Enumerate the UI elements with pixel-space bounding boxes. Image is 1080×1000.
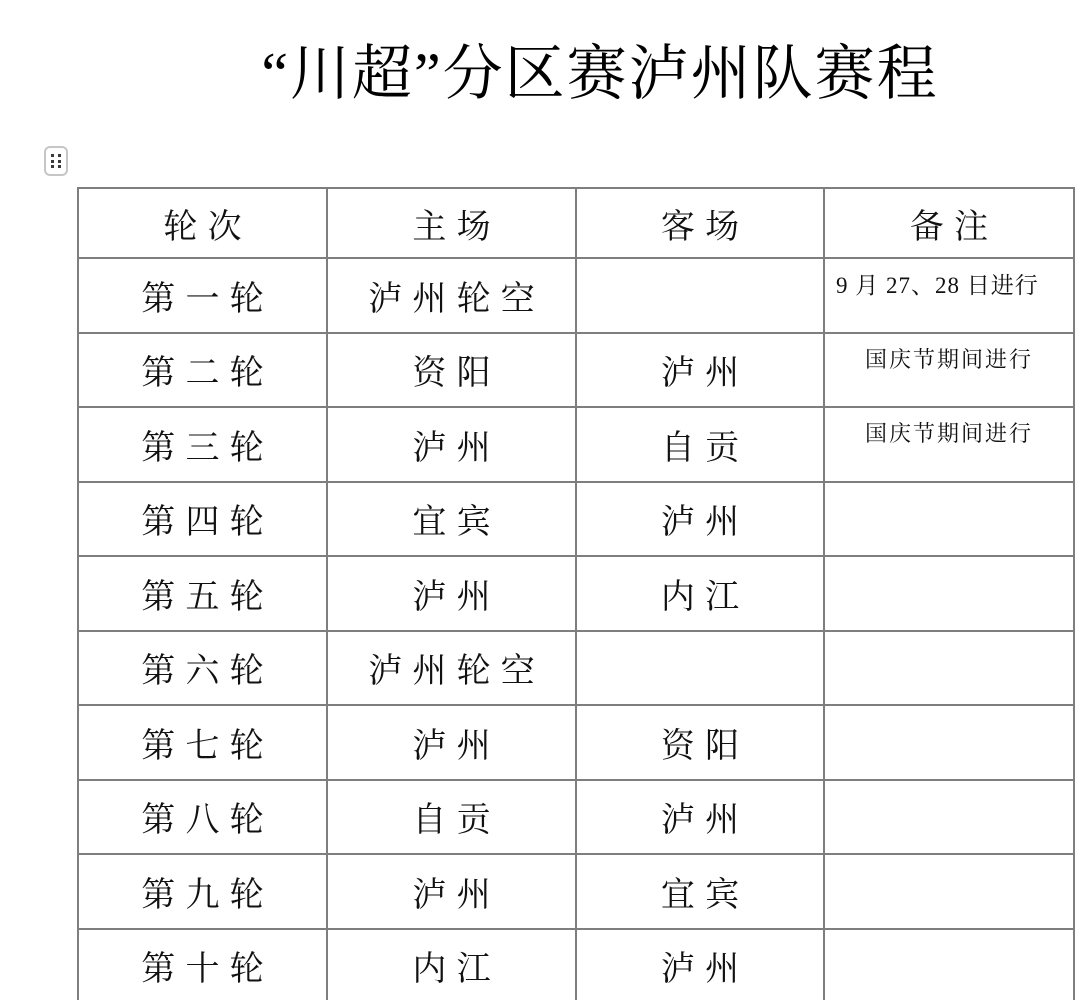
round-cell: 第九轮	[78, 854, 327, 929]
round-cell: 第五轮	[78, 556, 327, 631]
note-cell	[824, 929, 1074, 1000]
table-row: 第一轮 泸州轮空 9 月 27、28 日进行	[78, 258, 1074, 333]
column-header-note: 备注	[824, 188, 1074, 258]
away-cell	[576, 631, 824, 706]
note-cell	[824, 854, 1074, 929]
table-row: 第三轮 泸州 自贡 国庆节期间进行	[78, 407, 1074, 482]
round-cell: 第四轮	[78, 482, 327, 557]
home-cell: 宜宾	[327, 482, 576, 557]
away-cell: 内江	[576, 556, 824, 631]
away-cell: 泸州	[576, 333, 824, 408]
note-cell	[824, 705, 1074, 780]
note-cell: 9 月 27、28 日进行	[824, 258, 1074, 333]
round-cell: 第七轮	[78, 705, 327, 780]
table-row: 第五轮 泸州 内江	[78, 556, 1074, 631]
table-drag-handle[interactable]	[44, 146, 68, 176]
note-cell	[824, 556, 1074, 631]
away-cell: 泸州	[576, 780, 824, 855]
column-header-round: 轮次	[78, 188, 327, 258]
round-cell: 第六轮	[78, 631, 327, 706]
away-cell	[576, 258, 824, 333]
home-cell: 泸州轮空	[327, 258, 576, 333]
table-row: 第四轮 宜宾 泸州	[78, 482, 1074, 557]
away-cell: 泸州	[576, 482, 824, 557]
away-cell: 泸州	[576, 929, 824, 1000]
table-row: 第九轮 泸州 宜宾	[78, 854, 1074, 929]
header-row: 轮次 主场 客场 备注	[78, 188, 1074, 258]
home-cell: 泸州	[327, 854, 576, 929]
round-cell: 第二轮	[78, 333, 327, 408]
round-cell: 第一轮	[78, 258, 327, 333]
page-title: “川超”分区赛泸州队赛程	[120, 26, 1080, 112]
away-cell: 资阳	[576, 705, 824, 780]
home-cell: 泸州	[327, 407, 576, 482]
round-cell: 第八轮	[78, 780, 327, 855]
note-cell	[824, 780, 1074, 855]
document-page: “川超”分区赛泸州队赛程 轮次 主场 客场 备注 第一轮 泸州轮空 9 月 27…	[0, 0, 1080, 1000]
table-row: 第二轮 资阳 泸州 国庆节期间进行	[78, 333, 1074, 408]
home-cell: 自贡	[327, 780, 576, 855]
home-cell: 资阳	[327, 333, 576, 408]
round-cell: 第三轮	[78, 407, 327, 482]
note-cell: 国庆节期间进行	[824, 333, 1074, 408]
home-cell: 泸州	[327, 705, 576, 780]
note-cell	[824, 482, 1074, 557]
note-cell	[824, 631, 1074, 706]
column-header-home: 主场	[327, 188, 576, 258]
note-cell: 国庆节期间进行	[824, 407, 1074, 482]
schedule-table: 轮次 主场 客场 备注 第一轮 泸州轮空 9 月 27、28 日进行 第二轮 资…	[77, 187, 1075, 1000]
table-row: 第八轮 自贡 泸州	[78, 780, 1074, 855]
away-cell: 自贡	[576, 407, 824, 482]
round-cell: 第十轮	[78, 929, 327, 1000]
table-row: 第十轮 内江 泸州	[78, 929, 1074, 1000]
table-row: 第六轮 泸州轮空	[78, 631, 1074, 706]
home-cell: 内江	[327, 929, 576, 1000]
table-row: 第七轮 泸州 资阳	[78, 705, 1074, 780]
grip-dots-icon	[51, 154, 61, 168]
home-cell: 泸州	[327, 556, 576, 631]
column-header-away: 客场	[576, 188, 824, 258]
home-cell: 泸州轮空	[327, 631, 576, 706]
away-cell: 宜宾	[576, 854, 824, 929]
